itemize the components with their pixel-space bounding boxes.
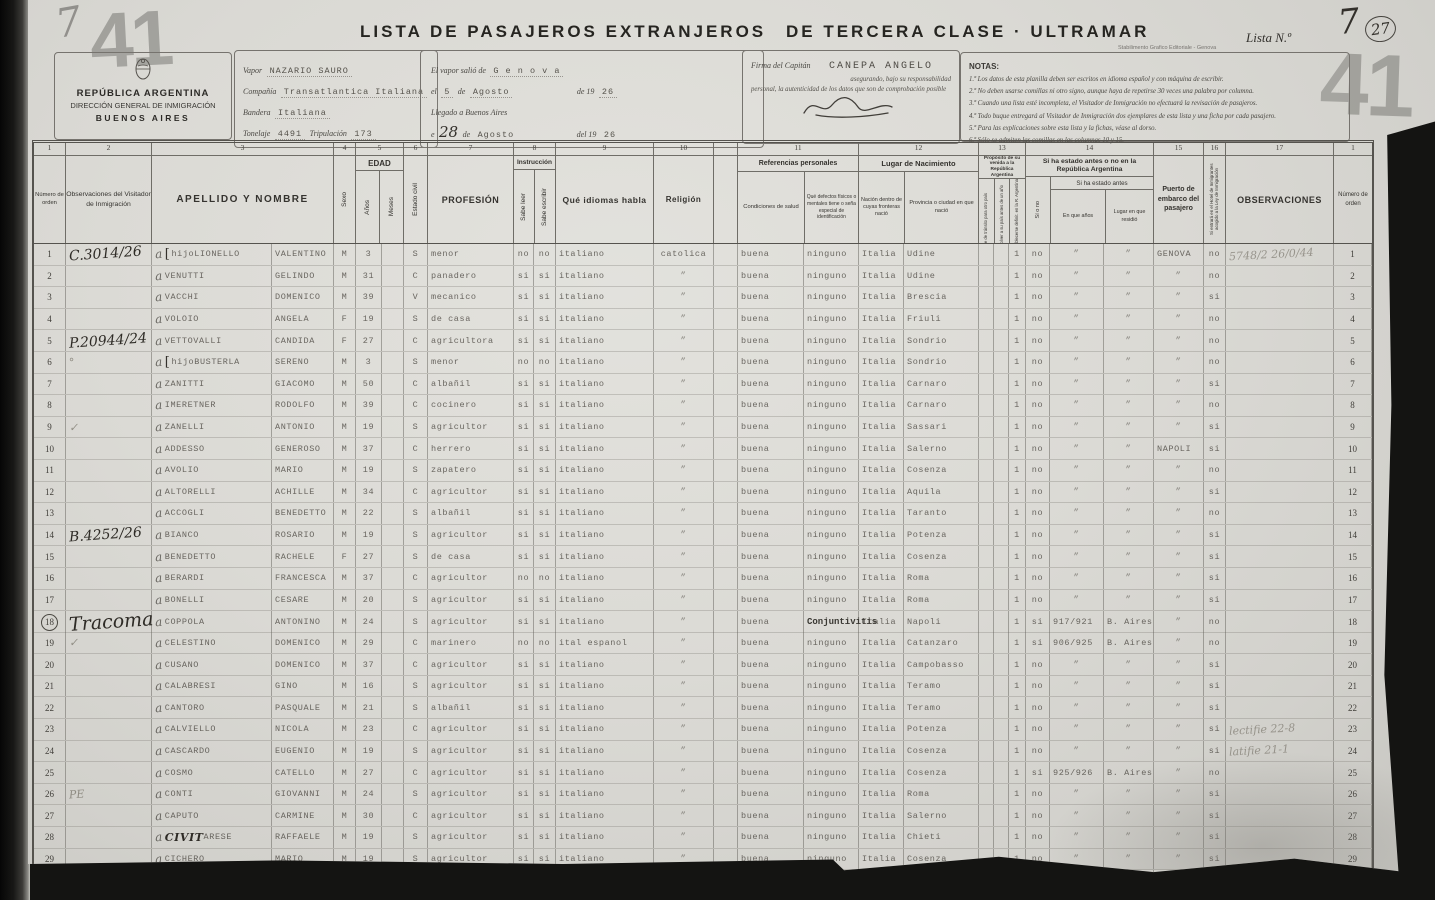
cell-prov: Teramo (904, 676, 979, 697)
cell-obs: Tracoma (66, 611, 152, 633)
handwritten-check-mark: a (154, 722, 163, 737)
cell-giv: ANGELA (272, 309, 334, 330)
cell-obs (66, 827, 152, 848)
cell-rel: ” (654, 482, 714, 503)
cell-n2: 2 (1334, 266, 1372, 287)
cell-obs (66, 482, 152, 503)
cell-def: ninguno (804, 741, 859, 762)
cell-def: ninguno (804, 330, 859, 351)
cell-eay: ” (1050, 719, 1104, 740)
cell-hot: si (1204, 287, 1226, 308)
cell-p3b (994, 244, 1009, 265)
cell-obs (66, 266, 152, 287)
cell-eay: ” (1050, 244, 1104, 265)
cell-idi: ital espanol (556, 633, 654, 654)
cell-n: 3 (34, 287, 66, 308)
cell-prov: Brescia (904, 287, 979, 308)
cell-n: 17 (34, 590, 66, 611)
voyage-info-box: El vapor salió de G e n o v a el 5 de Ag… (420, 50, 764, 148)
cell-sx: M (334, 654, 356, 675)
cell-me (382, 244, 404, 265)
handwritten-check-mark: a (154, 592, 163, 607)
cell-sur: aBERARDI (152, 568, 272, 589)
cell-ea: no (1026, 676, 1050, 697)
cell-prov: Potenza (904, 870, 979, 891)
header-label-en-que-anos: En que años (1063, 213, 1093, 220)
cell-sal: buena (738, 309, 804, 330)
cell-p3b (994, 676, 1009, 697)
cell-sur: aCOSMO (152, 762, 272, 783)
cell-sur: aBONELLI (152, 590, 272, 611)
cell-obs (66, 503, 152, 524)
cell-prof: albañil (428, 374, 514, 395)
cell-blank (714, 503, 738, 524)
cell-me (382, 395, 404, 416)
cell-an: 37 (356, 568, 382, 589)
cell-n: 13 (34, 503, 66, 524)
captain-line1: asegurando, bajo su responsabilidad (751, 76, 951, 83)
cell-me (382, 546, 404, 567)
cell-rel: ” (654, 827, 714, 848)
header-edad: 5 EDAD Años Meses (356, 143, 404, 243)
cell-blank (714, 805, 738, 826)
cell-p3a (979, 244, 994, 265)
cell-giv: CANDIDA (272, 330, 334, 351)
cell-obs (66, 309, 152, 330)
cell-pue: ” (1154, 352, 1204, 373)
cell-me (382, 654, 404, 675)
cell-prov: Udine (904, 266, 979, 287)
handwritten-observation: ° (69, 356, 75, 369)
handwritten-check-mark: a (154, 615, 163, 630)
cell-ec: C (404, 374, 428, 395)
cell-nac: Italia (859, 330, 904, 351)
bandera-label: Bandera (243, 108, 271, 117)
cell-nac: Italia (859, 784, 904, 805)
cell-pue: ” (1154, 525, 1204, 546)
col-number-4: 4 (334, 143, 355, 156)
cell-p3a (979, 309, 994, 330)
cell-ec: C (404, 438, 428, 459)
cell-prov: Campobasso (904, 654, 979, 675)
cell-me (382, 849, 404, 870)
cell-p3a (979, 590, 994, 611)
header-numero-orden: 1 Número de orden (34, 143, 66, 243)
cell-p3b (994, 503, 1009, 524)
cell-n2: 1 (1334, 244, 1372, 265)
cell-nac: Italia (859, 568, 904, 589)
cell-me (382, 719, 404, 740)
cell-an: 27 (356, 546, 382, 567)
cell-es: no (534, 568, 556, 589)
cell-obs (66, 568, 152, 589)
cell-p3: 1 (1009, 697, 1026, 718)
cell-es: si (534, 482, 556, 503)
cell-p3: 1 (1009, 525, 1026, 546)
cell-idi: italiano (556, 482, 654, 503)
captain-line2: personal, la autenticidad de los datos q… (751, 86, 951, 93)
cell-sur: aAVOLIO (152, 460, 272, 481)
handwritten-check-mark: a (154, 549, 163, 564)
cell-p3a (979, 503, 994, 524)
cell-n: 20 (34, 654, 66, 675)
cell-prof: menor (428, 244, 514, 265)
cell-def: ninguno (804, 805, 859, 826)
cell-p3b (994, 417, 1009, 438)
note-3: 3.ª Cuando una lista esté incompleta, el… (969, 98, 1341, 110)
cell-me (382, 568, 404, 589)
cell-obs (66, 460, 152, 481)
cell-hot: si (1204, 654, 1226, 675)
cell-n: 11 (34, 460, 66, 481)
cell-prov: Teramo (904, 697, 979, 718)
cell-obs: ° (66, 352, 152, 373)
cell-me (382, 697, 404, 718)
cell-n2: 14 (1334, 525, 1372, 546)
cell-nac: Italia (859, 417, 904, 438)
cell-es: si (534, 676, 556, 697)
cell-idi: italiano (556, 784, 654, 805)
cell-me (382, 762, 404, 783)
cell-p3a (979, 330, 994, 351)
salio-label: El vapor salió de (431, 66, 486, 75)
cell-le: si (514, 546, 534, 567)
de-label2: de (463, 130, 471, 139)
cell-idi: italiano (556, 287, 654, 308)
cell-prov: Salerno (904, 805, 979, 826)
cell-nac: Italia (859, 719, 904, 740)
cell-sal: buena (738, 287, 804, 308)
cell-n: 21 (34, 676, 66, 697)
cell-idi: italiano (556, 827, 654, 848)
handwritten-observation: P.20944/24 (69, 330, 148, 351)
e-label: e (431, 130, 435, 139)
cell-ea: no (1026, 590, 1050, 611)
cell-sur: aCONTI (152, 784, 272, 805)
cell-obs (66, 719, 152, 740)
cell-giv: GELINDO (272, 266, 334, 287)
cell-me (382, 525, 404, 546)
cell-le: si (514, 762, 534, 783)
cell-prov: Cosenza (904, 546, 979, 567)
cell-def: ninguno (804, 827, 859, 848)
cell-eal: ” (1104, 438, 1154, 459)
header-observaciones-visitador: 2 Observaciones del Visitador de Inmigra… (66, 143, 152, 243)
cell-nac: Italia (859, 352, 904, 373)
cell-le: si (514, 741, 534, 762)
cell-idi: italiano (556, 438, 654, 459)
cell-sal: buena (738, 633, 804, 654)
cell-rel: ” (654, 849, 714, 870)
cell-obr (1226, 287, 1334, 308)
col-number-14: 14 (1026, 143, 1153, 156)
cell-sur: aCOPPOLA (152, 611, 272, 633)
cell-blank (714, 352, 738, 373)
cell-ec: C (404, 654, 428, 675)
cell-ec: V (404, 287, 428, 308)
cell-p3: 1 (1009, 395, 1026, 416)
cell-ea: no (1026, 309, 1050, 330)
cell-prov: Carnaro (904, 374, 979, 395)
cell-eal: ” (1104, 654, 1154, 675)
table-row: 10aADDESSOGENEROSOM37Cherrerosisiitalian… (34, 438, 1372, 460)
cell-le: si (514, 654, 534, 675)
cell-p3a (979, 374, 994, 395)
cell-prov: Cosenza (904, 849, 979, 870)
cell-eal: B. Aires (1104, 611, 1154, 633)
cell-le: si (514, 590, 534, 611)
cell-eay: ” (1050, 482, 1104, 503)
cell-prov: Sondrio (904, 330, 979, 351)
cell-idi: italiano (556, 330, 654, 351)
cell-n: 15 (34, 546, 66, 567)
header-label-salud: Condiciones de salud (743, 204, 798, 212)
cell-rel: ” (654, 266, 714, 287)
cell-blank (714, 676, 738, 697)
cell-sal: buena (738, 266, 804, 287)
cell-obs: ✓ (66, 417, 152, 438)
ship-info-box: Vapor NAZARIO SAURO Compañía Transatlant… (234, 50, 438, 148)
cell-es: si (534, 374, 556, 395)
cell-p3: 1 (1009, 417, 1026, 438)
cell-p3b (994, 784, 1009, 805)
cell-nac: Italia (859, 762, 904, 783)
cell-prof: menor (428, 352, 514, 373)
header-label-sabe-escribir: Sabe escribir (541, 188, 548, 226)
cell-le: no (514, 568, 534, 589)
cell-ec: S (404, 676, 428, 697)
cell-p3a (979, 762, 994, 783)
cell-ea: no (1026, 525, 1050, 546)
cell-hot: si (1204, 697, 1226, 718)
cell-ec: C (404, 719, 428, 740)
cell-p3: 1 (1009, 870, 1026, 891)
cell-eal: ” (1104, 352, 1154, 373)
table-row: 17aBONELLICESAREM20Sagricultorsisiitalia… (34, 590, 1372, 612)
cell-idi: italiano (556, 697, 654, 718)
handwritten-observation: B.11252/26 (69, 870, 152, 892)
tonelaje-value: 4491 (275, 129, 305, 140)
cell-n: 27 (34, 805, 66, 826)
handwritten-check-mark: a (154, 657, 163, 672)
cell-hot: si (1204, 719, 1226, 740)
header-instruccion: 8 Instrucción Sabe leer Sabe escribir (514, 143, 556, 243)
cell-nac: Italia (859, 870, 904, 891)
cell-obs: B.4252/26 (66, 525, 152, 546)
handwritten-observation: PE (69, 787, 85, 801)
handwritten-observation: C.3014/26 (69, 244, 143, 265)
cell-an: 16 (356, 676, 382, 697)
cell-def: ninguno (804, 633, 859, 654)
table-row: 13aACCOGLIBENEDETTOM22Salbañilsisiitalia… (34, 503, 1372, 525)
cell-n: 14 (34, 525, 66, 546)
cell-sx: M (334, 287, 356, 308)
page-subtitle: DE TERCERA CLASE · ULTRAMAR (786, 22, 1149, 42)
cell-rel: ” (654, 525, 714, 546)
cell-me (382, 266, 404, 287)
cell-ea: no (1026, 870, 1050, 891)
table-row: 21aCALABRESIGINOM16Sagricultorsisiitalia… (34, 676, 1372, 698)
cell-an: 43 (356, 870, 382, 891)
cell-obr (1226, 503, 1334, 524)
cell-obs: B.11252/26 (66, 870, 152, 891)
cell-sal: buena (738, 762, 804, 783)
cell-sur: aACCOGLI (152, 503, 272, 524)
cell-ea: si (1026, 633, 1050, 654)
cell-ec: S (404, 546, 428, 567)
cell-sur: aBIANCO (152, 525, 272, 546)
cell-rel: ” (654, 438, 714, 459)
cell-obs: ✓ (66, 633, 152, 654)
cell-def: ninguno (804, 590, 859, 611)
cell-sal: buena (738, 611, 804, 633)
cell-sal: buena (738, 438, 804, 459)
cell-idi: italiano (556, 611, 654, 633)
cell-an: 39 (356, 395, 382, 416)
col-number-7: 7 (428, 143, 513, 156)
cell-hot: no (1204, 352, 1226, 373)
table-row: 2aVENUTTIGELINDOM31Cpanaderosisiitaliano… (34, 266, 1372, 288)
table-row: 3aVACCHIDOMENICOM39Vmecanicosisiitaliano… (34, 287, 1372, 309)
cell-an: 34 (356, 482, 382, 503)
cell-es: si (534, 287, 556, 308)
cell-eal: ” (1104, 590, 1154, 611)
cell-es: si (534, 870, 556, 891)
cell-rel: ” (654, 417, 714, 438)
cell-es: si (534, 460, 556, 481)
cell-n2: 5 (1334, 330, 1372, 351)
cell-p3: 1 (1009, 546, 1026, 567)
cell-hot: si (1204, 482, 1226, 503)
cell-sur: aCIVITARESE (152, 827, 272, 848)
cell-prov: Sassari (904, 417, 979, 438)
cell-le: si (514, 784, 534, 805)
cell-eay: ” (1050, 352, 1104, 373)
cell-me (382, 438, 404, 459)
cell-n: 6 (34, 352, 66, 373)
cell-sx: F (334, 870, 356, 891)
cell-def: ninguno (804, 244, 859, 265)
header-label-religion: Religión (666, 195, 702, 204)
cell-sal: buena (738, 525, 804, 546)
handwritten-check-mark: a (154, 852, 163, 867)
cell-ec: S (404, 244, 428, 265)
cell-le: si (514, 805, 534, 826)
cell-nac: Italia (859, 546, 904, 567)
cell-rel: ” (654, 805, 714, 826)
cell-n2: 20 (1334, 654, 1372, 675)
cell-nac: Italia (859, 374, 904, 395)
lista-number-label: Lista N.º (1246, 30, 1291, 46)
cell-sx: M (334, 374, 356, 395)
cell-nac: Italia (859, 287, 904, 308)
cell-sx: M (334, 805, 356, 826)
cell-sal: buena (738, 805, 804, 826)
cell-pue: ” (1154, 309, 1204, 330)
cell-obs: P.20944/24 (66, 330, 152, 351)
header-label-apellido: APELLIDO Y NOMBRE (176, 194, 308, 205)
cell-n: 9 (34, 417, 66, 438)
handwritten-check-mark: a (154, 528, 163, 543)
cell-p3b (994, 590, 1009, 611)
cell-giv: FRANCESCA (272, 568, 334, 589)
cell-an: 50 (356, 374, 382, 395)
cell-giv: BENEDETTO (272, 503, 334, 524)
header-puerto: 15 Puerto de embarco del pasajero (1154, 143, 1204, 243)
cell-sx: M (334, 849, 356, 870)
cell-def: ninguno (804, 784, 859, 805)
cell-idi: italiano (556, 374, 654, 395)
cell-nac: Italia (859, 482, 904, 503)
cell-sal: buena (738, 546, 804, 567)
cell-rel: ” (654, 697, 714, 718)
cell-sur: aADDESSO (152, 438, 272, 459)
cell-idi: italiano (556, 590, 654, 611)
compania-value: Transatlantica Italiana (281, 87, 427, 98)
cell-hot: no (1204, 330, 1226, 351)
cell-pue: ” (1154, 374, 1204, 395)
cell-obs (66, 546, 152, 567)
cell-giv: EUGENIO (272, 741, 334, 762)
cell-ec: S (404, 503, 428, 524)
cell-n: 19 (34, 633, 66, 654)
cell-le: si (514, 503, 534, 524)
header-proposito: 13 Propósito de su venida a la República… (979, 143, 1026, 243)
cell-blank (714, 309, 738, 330)
cell-eal: ” (1104, 568, 1154, 589)
cell-hot: no (1204, 266, 1226, 287)
cell-an: 19 (356, 741, 382, 762)
cell-giv: ANTONINO (272, 611, 334, 633)
cell-ea: no (1026, 244, 1050, 265)
vapor-label: Vapor (243, 66, 262, 75)
cell-pue: ” (1154, 395, 1204, 416)
cell-blank (714, 611, 738, 633)
handwritten-check-mark: a (154, 506, 163, 521)
cell-p3: 1 (1009, 460, 1026, 481)
cell-nac: Italia (859, 849, 904, 870)
cell-p3b (994, 395, 1009, 416)
handwritten-check-mark: a (154, 700, 163, 715)
cell-obr (1226, 546, 1334, 567)
cell-p3a (979, 849, 994, 870)
cell-le: si (514, 611, 534, 633)
cell-rel: ” (654, 352, 714, 373)
cell-obr (1226, 676, 1334, 697)
cell-me (382, 503, 404, 524)
cell-sal: buena (738, 827, 804, 848)
cell-p3b (994, 654, 1009, 675)
cell-p3a (979, 870, 994, 891)
handwritten-observation: ✓ (69, 420, 79, 434)
cell-nac: Italia (859, 460, 904, 481)
cell-def: ninguno (804, 870, 859, 891)
col-number-13: 13 (979, 143, 1025, 156)
cell-le: si (514, 460, 534, 481)
cell-p3: 1 (1009, 568, 1026, 589)
cell-p3a (979, 611, 994, 633)
cell-idi: italiano (556, 741, 654, 762)
header-label-nacion: Nación dentro de cuyas fronteras nació (859, 197, 904, 219)
cell-rel: ” (654, 330, 714, 351)
cell-me (382, 330, 404, 351)
cell-n: 18 (34, 611, 66, 633)
cell-blank (714, 460, 738, 481)
cell-p3: 1 (1009, 719, 1026, 740)
cell-p3b (994, 266, 1009, 287)
cell-pue: ” (1154, 417, 1204, 438)
cell-pue: ” (1154, 330, 1204, 351)
